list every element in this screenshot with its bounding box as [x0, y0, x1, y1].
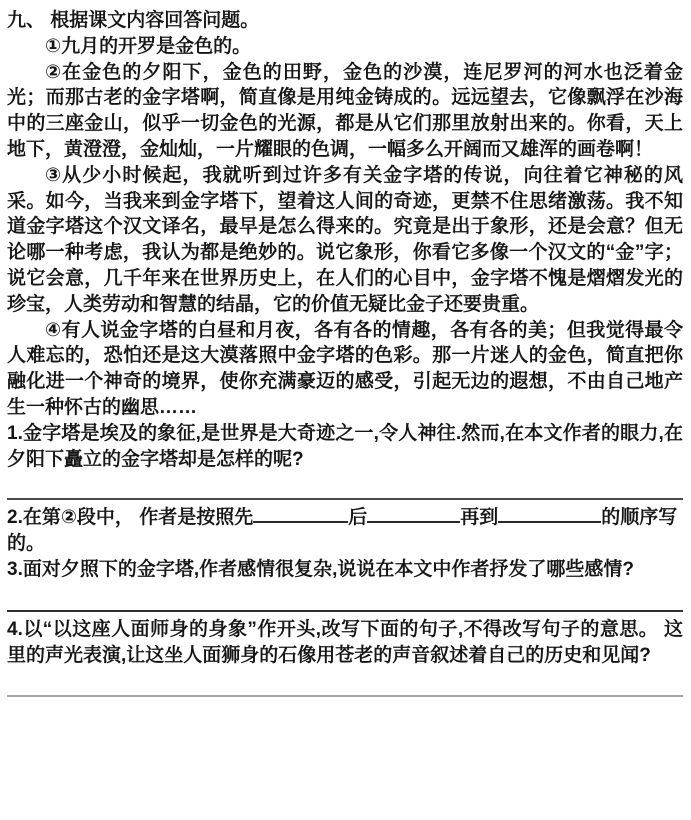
question-2-connector-2: 再到	[460, 507, 498, 528]
passage-paragraph-1: ①九月的开罗是金色的。	[7, 34, 683, 60]
passage-paragraph-2: ②在金色的夕阳下，金色的田野，金色的沙漠，连尼罗河的河水也泛着金光；而那古老的金…	[7, 60, 683, 163]
worksheet-page: 九、 根据课文内容回答问题。 ①九月的开罗是金色的。 ②在金色的夕阳下，金色的田…	[0, 0, 691, 820]
question-1: 1.金字塔是埃及的象征,是世界是大奇迹之一,令人神往.然而,在本文作者的眼力,在…	[7, 421, 683, 473]
answer-blank-2	[367, 505, 460, 523]
question-2-suffix: 的顺序	[601, 507, 658, 528]
question-2-prefix: 2.在第②段中， 作者是按照先	[7, 507, 253, 528]
answer-blank-3	[498, 505, 601, 523]
divider-line-3	[7, 695, 683, 697]
question-3: 3.面对夕照下的金字塔,作者感情很复杂,说说在本文中作者抒发了哪些感情?	[7, 557, 683, 583]
passage-paragraph-3: ③从少小时候起，我就听到过许多有关金字塔的传说，向往着它神秘的风采。如今，当我来…	[7, 163, 683, 318]
question-2-connector-1: 后	[348, 507, 367, 528]
divider-line-1	[7, 498, 683, 500]
section-heading: 九、 根据课文内容回答问题。	[7, 8, 683, 34]
answer-blank-1	[253, 505, 348, 523]
divider-line-2	[7, 610, 683, 612]
question-4: 4.以“以这座人面师身的身象”作开头,改写下面的句子,不得改写句子的意思。 这里…	[7, 617, 683, 669]
passage-paragraph-4: ④有人说金字塔的白昼和月夜，各有各的情趣，各有各的美；但我觉得最令人难忘的，恐怕…	[7, 318, 683, 421]
question-2: 2.在第②段中， 作者是按照先后再到的顺序写的。	[7, 505, 683, 557]
